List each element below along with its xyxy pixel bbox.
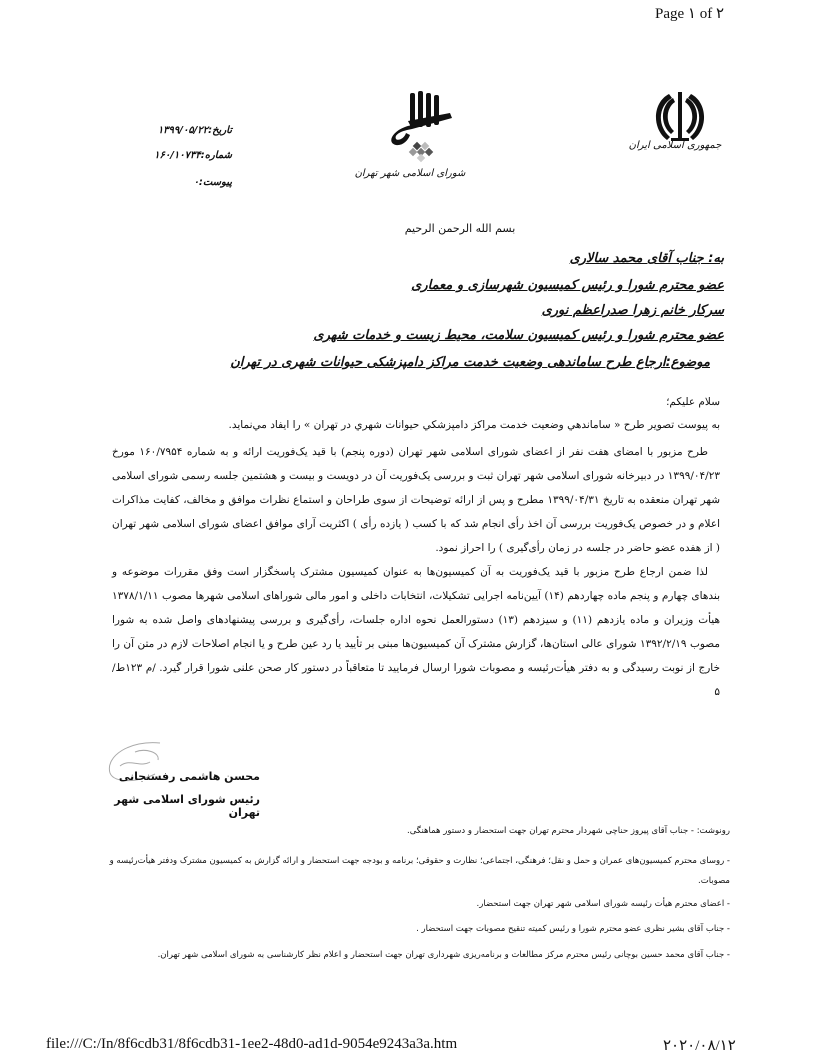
greeting: سلام علیکم؛: [112, 390, 720, 414]
tehran-council-logo-icon: [372, 85, 462, 175]
file-path: file:///C:/In/8f6cdb31/8f6cdb31-1ee2-48d…: [46, 1036, 457, 1053]
cc-item: - روسای محترم کمیسیون‌های عمران و حمل و …: [90, 851, 730, 891]
cc-item: - جناب آقای بشیر نظری عضو محترم شورا و ر…: [90, 924, 730, 934]
basmala: بسم الله الرحمن الرحیم: [350, 222, 570, 235]
letter-date: تاریخ:۱۳۹۹/۰۵/۲۲: [140, 125, 232, 136]
emblem-caption: جمهوری اسلامی ایران: [625, 140, 725, 151]
body-paragraph-3: لذا ضمن ارجاع طرح مزبور با قید یک‌فوریت …: [112, 560, 720, 704]
addressee-1-name: به: جناب آقای محمد سالاری: [570, 251, 724, 266]
body-paragraph-1: به پیوست تصویر طرح « ساماندهي وضعيت خدمت…: [112, 413, 720, 437]
letter-attachment: پیوست:۰: [140, 177, 232, 188]
page-number: Page ۱ of ۲: [655, 4, 724, 23]
signatory-name: محسن هاشمی رفسنجانی: [110, 770, 260, 783]
addressee-2-title: عضو محترم شورا و رئیس کمیسیون سلامت، محی…: [313, 328, 724, 343]
iran-emblem-icon: [645, 88, 715, 148]
council-caption: شورای اسلامی شهر تهران: [345, 168, 475, 179]
print-date: ۲۰۲۰/۰۸/۱۲: [663, 1036, 736, 1055]
letter-subject: موضوع:ارجاع طرح ساماندهی وضعیت خدمت مراک…: [230, 355, 710, 370]
signatory-title: رئیس شورای اسلامی شهر تهران: [110, 793, 260, 819]
body-paragraph-2: طرح مزبور با امضای هفت نفر از اعضای شورا…: [112, 440, 720, 560]
cc-item: رونوشت: - جناب آقای پیروز حناچی شهردار م…: [90, 826, 730, 836]
letter-number: شماره:۱۶۰/۱۰۷۳۴: [140, 150, 232, 161]
addressee-1-title: عضو محترم شورا و رئیس کمیسیون شهرسازی و …: [411, 278, 724, 293]
addressee-2-name: سرکار خانم زهرا صدراعظم نوری: [542, 303, 724, 318]
cc-item: - اعضای محترم هیأت رئیسه شورای اسلامی شه…: [90, 899, 730, 909]
cc-item: - جناب آقای محمد حسین بوچانی رئیس محترم …: [90, 950, 730, 960]
